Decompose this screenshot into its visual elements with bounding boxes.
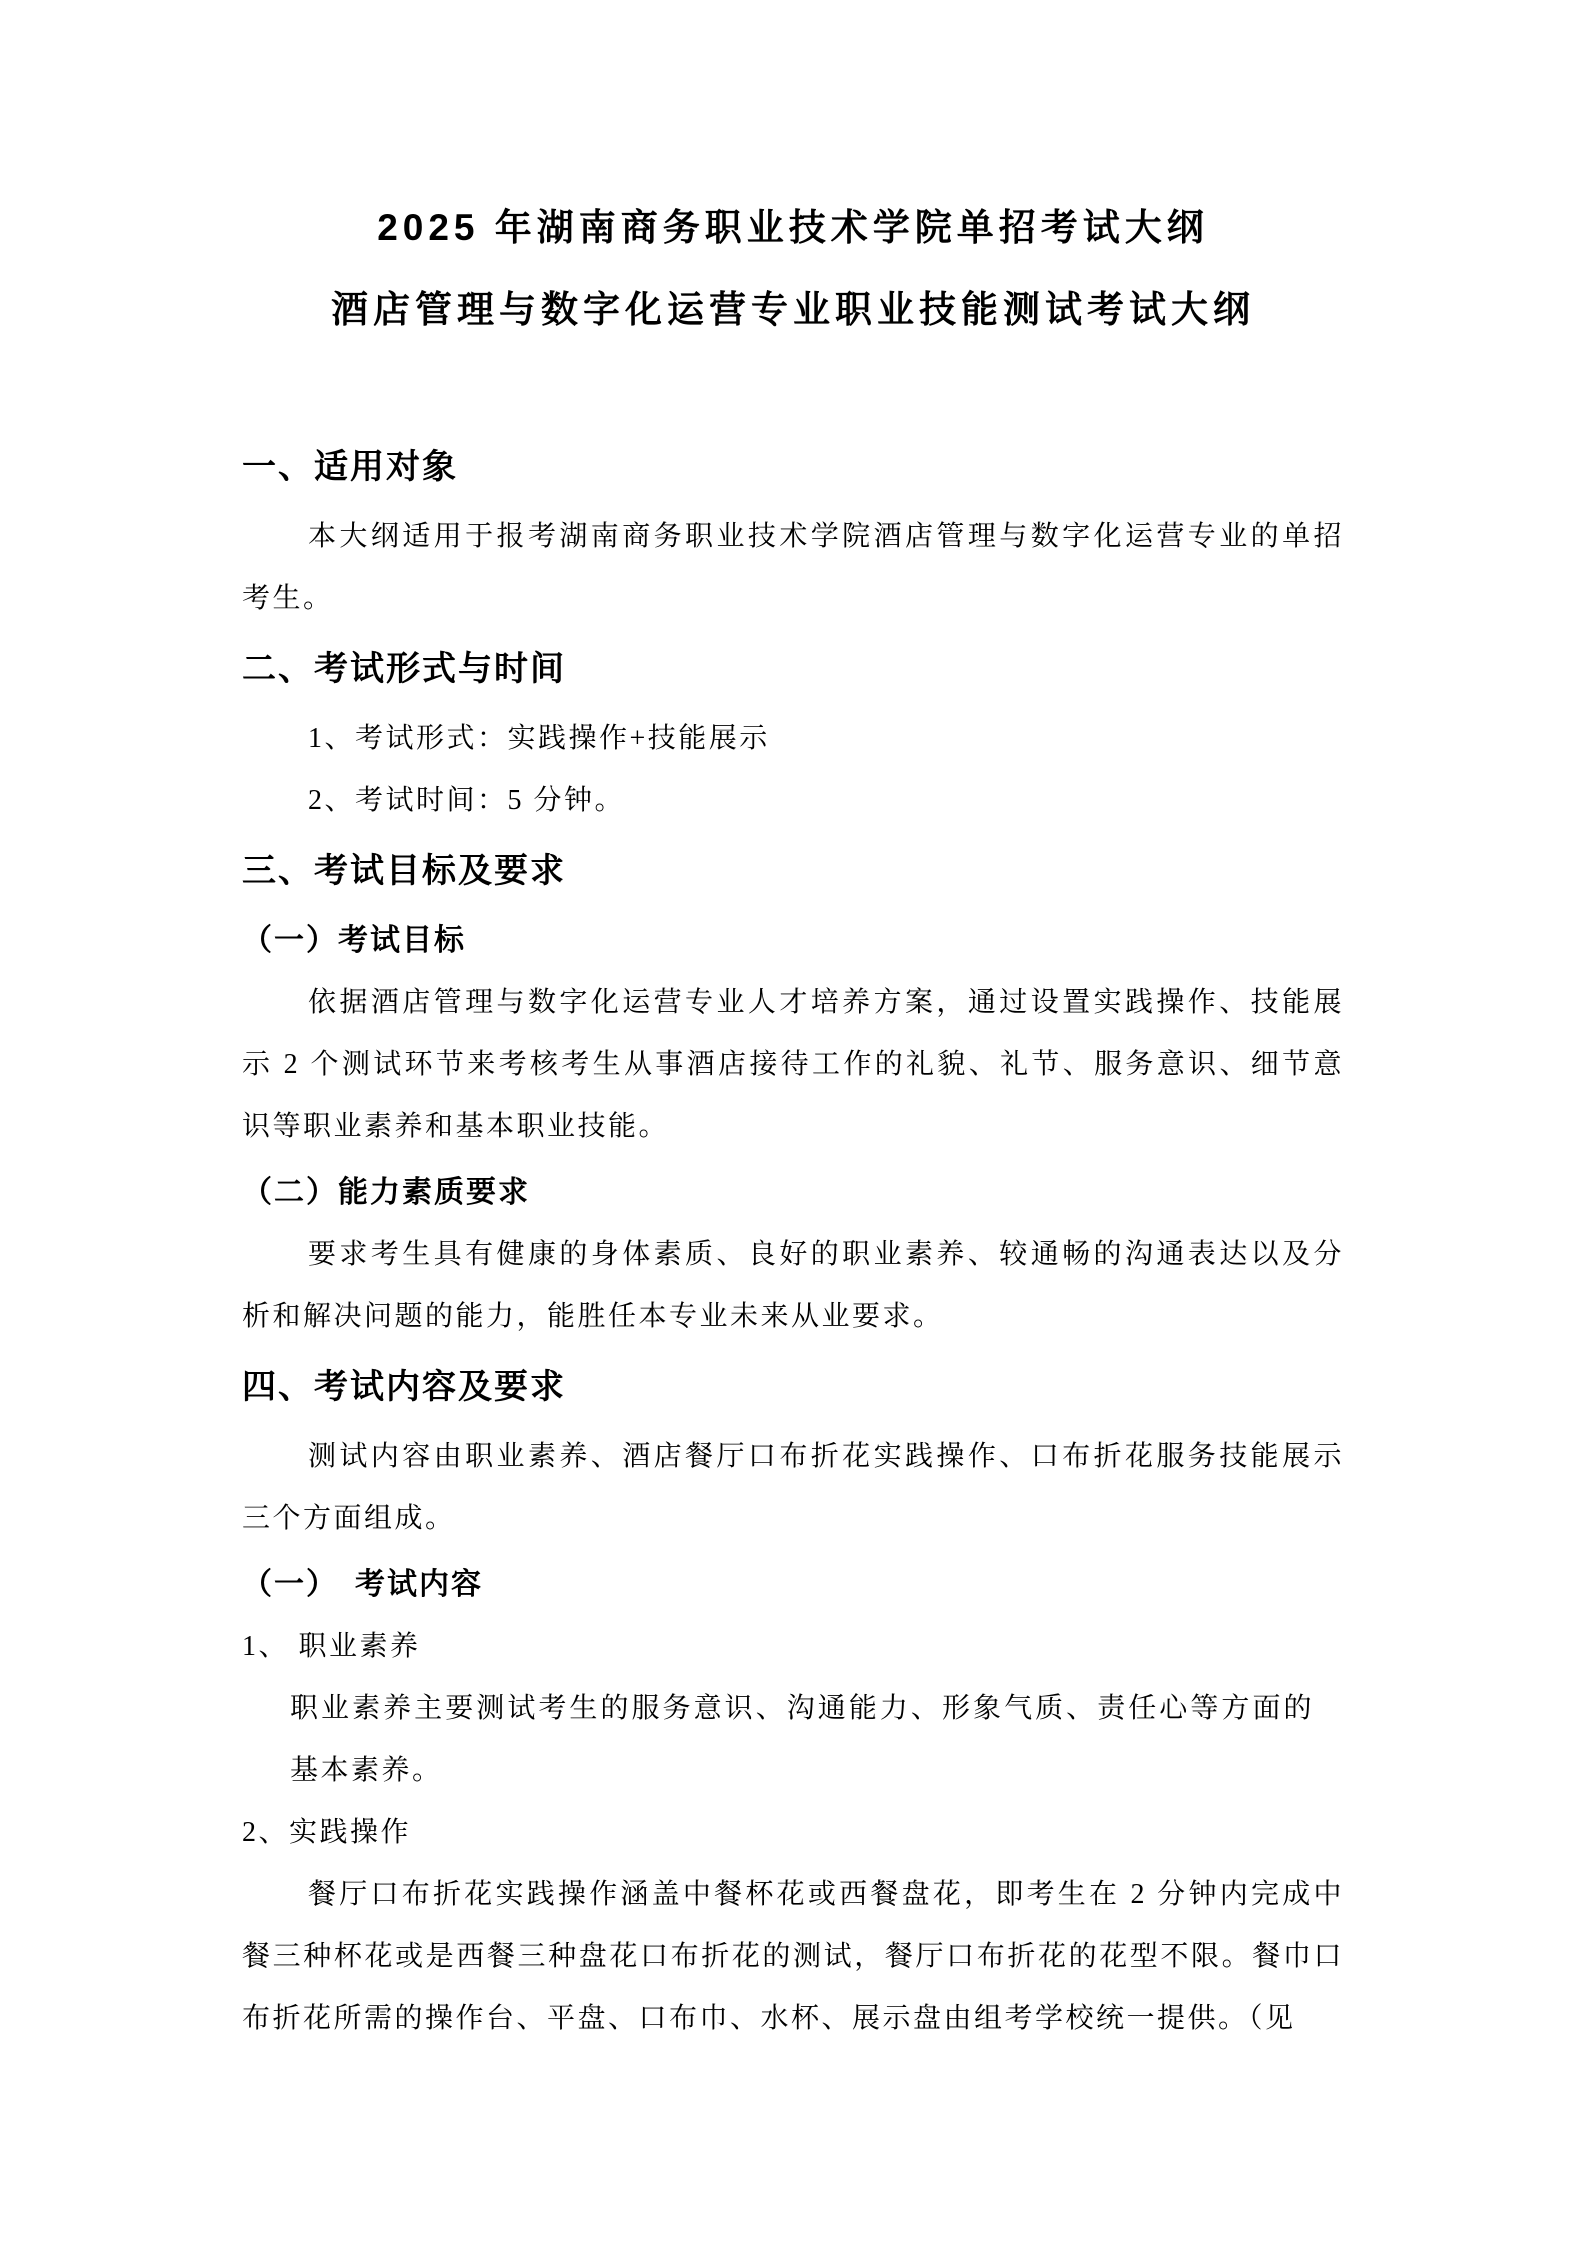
section-3-sub-2-heading: （二）能力素质要求 xyxy=(242,1162,1344,1224)
content-item-1-label: 1、 职业素养 xyxy=(242,1616,1344,1678)
section-2-item-1: 1、考试形式：实践操作+技能展示 xyxy=(242,708,1344,770)
section-3-sub-1-heading: （一）考试目标 xyxy=(242,910,1344,972)
section-3-heading: 三、考试目标及要求 xyxy=(242,840,1344,902)
content-item-1-paragraph: 职业素养主要测试考生的服务意识、沟通能力、形象气质、责任心等方面的基本素养。 xyxy=(290,1678,1314,1802)
document-page: 2025 年湖南商务职业技术学院单招考试大纲 酒店管理与数字化运营专业职业技能测… xyxy=(0,0,1588,2245)
content-item-2-paragraph: 餐厅口布折花实践操作涵盖中餐杯花或西餐盘花，即考生在 2 分钟内完成中餐三种杯花… xyxy=(242,1864,1344,2050)
section-3-sub-1-paragraph: 依据酒店管理与数字化运营专业人才培养方案，通过设置实践操作、技能展示 2 个测试… xyxy=(242,972,1344,1158)
content-item-2-label: 2、实践操作 xyxy=(242,1802,1344,1864)
section-1-heading: 一、适用对象 xyxy=(242,436,1344,498)
doc-title-line-1: 2025 年湖南商务职业技术学院单招考试大纲 xyxy=(242,205,1344,251)
section-1-paragraph: 本大纲适用于报考湖南商务职业技术学院酒店管理与数字化运营专业的单招考生。 xyxy=(242,506,1344,630)
section-4-heading: 四、考试内容及要求 xyxy=(242,1356,1344,1418)
section-2-item-2: 2、考试时间：5 分钟。 xyxy=(242,770,1344,832)
section-3-sub-2-paragraph: 要求考生具有健康的身体素质、良好的职业素养、较通畅的沟通表达以及分析和解决问题的… xyxy=(242,1224,1344,1348)
section-4-paragraph: 测试内容由职业素养、酒店餐厅口布折花实践操作、口布折花服务技能展示三个方面组成。 xyxy=(242,1426,1344,1550)
section-4-sub-1-heading: （一） 考试内容 xyxy=(242,1554,1344,1616)
doc-title-line-2: 酒店管理与数字化运营专业职业技能测试考试大纲 xyxy=(242,287,1344,333)
section-2-heading: 二、考试形式与时间 xyxy=(242,638,1344,700)
document-content: 2025 年湖南商务职业技术学院单招考试大纲 酒店管理与数字化运营专业职业技能测… xyxy=(0,0,1588,2050)
